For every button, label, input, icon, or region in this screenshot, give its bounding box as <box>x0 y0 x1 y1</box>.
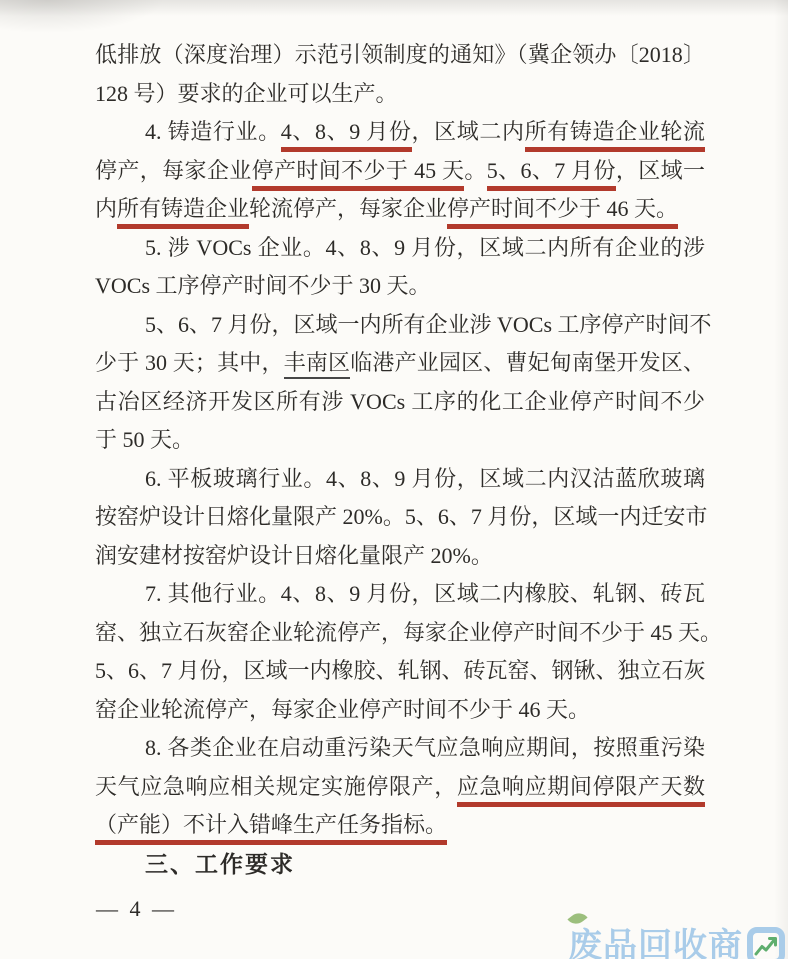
text-segment: 少于 30 天；其中， <box>95 350 284 375</box>
document-line: 古冶区经济开发区所有涉 VOCs 工序的化工企业停产时间不少 <box>95 383 705 422</box>
text-segment: 5、6、7 月份，区域一内所有企业涉 VOCs 工序停产时间不 <box>145 312 712 337</box>
text-segment: 临港产业园区、曹妃甸南堡开发区、 <box>350 350 705 375</box>
document-line: VOCs 工序停产时间不少于 30 天。 <box>95 267 705 306</box>
red-underlined-phrase: 5、6、7 月份 <box>487 158 616 191</box>
section-heading: 三、工作要求 <box>95 845 705 884</box>
document-line: 停产，每家企业停产时间不少于 45 天。5、6、7 月份，区域一 <box>95 152 705 191</box>
leaf-icon <box>567 909 587 928</box>
red-underlined-phrase: 所有铸造企业轮流 <box>525 119 705 152</box>
text-segment: VOCs 工序停产时间不少于 30 天。 <box>95 273 431 298</box>
document-page: 低排放（深度治理）示范引领制度的通知》（冀企领办〔2018〕 128 号）要求的… <box>0 0 788 959</box>
red-underlined-phrase: （产能）不计入错峰生产任务指标。 <box>95 812 447 845</box>
text-segment: 古冶区经济开发区所有涉 VOCs 工序的化工企业停产时间不少 <box>95 389 705 414</box>
red-underlined-phrase: 停产时间不少于 46 天。 <box>447 196 678 229</box>
text-segment: 8. 各类企业在启动重污染天气应急响应期间，按照重污染 <box>145 735 705 760</box>
document-line: 低排放（深度治理）示范引领制度的通知》（冀企领办〔2018〕 <box>95 36 705 75</box>
red-underlined-phrase: 4、8、9 月份 <box>281 119 412 152</box>
text-segment: 按窑炉设计日熔化量限产 20%。5、6、7 月份，区域一内迁安市 <box>95 504 707 529</box>
document-line: 按窑炉设计日熔化量限产 20%。5、6、7 月份，区域一内迁安市 <box>95 498 705 537</box>
document-line: 少于 30 天；其中，丰南区临港产业园区、曹妃甸南堡开发区、 <box>95 344 705 383</box>
text-segment: ，区域一 <box>616 158 705 183</box>
text-segment: 窑企业轮流停产，每家企业停产时间不少于 46 天。 <box>95 697 590 722</box>
text-segment: 轮流停产，每家企业 <box>249 196 447 221</box>
text-segment: 4. 铸造行业。 <box>145 119 281 144</box>
document-line: 天气应急响应相关规定实施停限产，应急响应期间停限产天数 <box>95 768 705 807</box>
document-body: 低排放（深度治理）示范引领制度的通知》（冀企领办〔2018〕 128 号）要求的… <box>95 36 705 883</box>
text-segment: ，区域二内 <box>412 119 525 144</box>
document-line: 8. 各类企业在启动重污染天气应急响应期间，按照重污染 <box>95 729 705 768</box>
document-line: 窑企业轮流停产，每家企业停产时间不少于 46 天。 <box>95 691 705 730</box>
document-line: 4. 铸造行业。4、8、9 月份，区域二内所有铸造企业轮流 <box>95 113 705 152</box>
document-line: 5. 涉 VOCs 企业。4、8、9 月份，区域二内所有企业的涉 <box>95 229 705 268</box>
text-segment: 停产，每家企业 <box>95 158 252 183</box>
document-line: 7. 其他行业。4、8、9 月份，区域二内橡胶、轧钢、砖瓦 <box>95 575 705 614</box>
document-line: 内所有铸造企业轮流停产，每家企业停产时间不少于 46 天。 <box>95 190 705 229</box>
document-line: 6. 平板玻璃行业。4、8、9 月份，区域二内汉沽蓝欣玻璃 <box>95 460 705 499</box>
red-underlined-phrase: 应急响应期间停限产天数 <box>457 774 705 807</box>
document-line: 于 50 天。 <box>95 421 705 460</box>
text-segment: 6. 平板玻璃行业。4、8、9 月份，区域二内汉沽蓝欣玻璃 <box>145 466 705 491</box>
document-line: 窑、独立石灰窑企业轮流停产，每家企业停产时间不少于 45 天。 <box>95 614 705 653</box>
document-line: 128 号）要求的企业可以生产。 <box>95 75 705 114</box>
text-segment: 内 <box>95 196 117 221</box>
document-line: 润安建材按窑炉设计日熔化量限产 20%。 <box>95 537 705 576</box>
black-underlined-name: 丰南区 <box>284 350 351 379</box>
text-segment: 天气应急响应相关规定实施停限产， <box>95 774 457 799</box>
text-segment: 润安建材按窑炉设计日熔化量限产 20%。 <box>95 543 493 568</box>
page-number: — 4 — <box>96 896 177 922</box>
text-segment: 低排放（深度治理）示范引领制度的通知》（冀企领办〔2018〕 <box>95 42 705 67</box>
text-segment: 5. 涉 VOCs 企业。4、8、9 月份，区域二内所有企业的涉 <box>145 235 705 260</box>
text-segment: 128 号）要求的企业可以生产。 <box>95 81 398 106</box>
red-underlined-phrase: 停产时间不少于 45 天 <box>252 158 465 191</box>
text-segment: 。 <box>464 158 486 183</box>
text-segment: 窑、独立石灰窑企业轮流停产，每家企业停产时间不少于 45 天。 <box>95 620 722 645</box>
watermark-text: 废品回收商 <box>568 929 743 959</box>
document-line: 5、6、7 月份，区域一内所有企业涉 VOCs 工序停产时间不 <box>95 306 705 345</box>
heading-text: 三、工作要求 <box>145 851 295 877</box>
watermark: 废品回收商 <box>568 926 786 959</box>
text-segment: 于 50 天。 <box>95 427 194 452</box>
trend-up-chart-icon <box>746 926 786 959</box>
red-underlined-phrase: 所有铸造企业 <box>117 196 249 229</box>
text-segment: 7. 其他行业。4、8、9 月份，区域二内橡胶、轧钢、砖瓦 <box>145 581 705 606</box>
text-segment: 5、6、7 月份，区域一内橡胶、轧钢、砖瓦窑、钢锹、独立石灰 <box>95 658 706 683</box>
document-line: （产能）不计入错峰生产任务指标。 <box>95 806 705 845</box>
document-line: 5、6、7 月份，区域一内橡胶、轧钢、砖瓦窑、钢锹、独立石灰 <box>95 652 705 691</box>
